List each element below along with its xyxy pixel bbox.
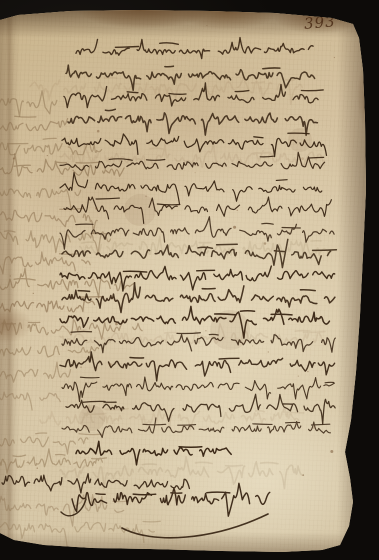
foxing-speckle	[302, 474, 304, 476]
foxing-speckle	[10, 275, 11, 276]
foxing-speckle	[97, 130, 100, 133]
verso-showthrough-line	[0, 392, 60, 410]
foxing-speckle	[307, 371, 308, 372]
signature-flourish	[122, 514, 268, 538]
verso-showthrough-line	[0, 209, 97, 234]
foxing-speckle	[195, 172, 196, 173]
foxing-speckle	[77, 272, 78, 273]
foxing-speckle	[334, 57, 335, 58]
body-text-line	[64, 197, 331, 223]
verso-showthrough-line	[0, 116, 68, 130]
soft-stain	[210, 310, 250, 350]
foxing-speckle	[233, 226, 236, 229]
foxing-speckle	[80, 367, 81, 368]
foxing-speckle	[264, 242, 267, 245]
verso-showthrough-line	[0, 346, 99, 357]
foxing-speckle	[310, 103, 311, 104]
body-text-line	[76, 38, 313, 59]
verso-showthrough-line	[60, 457, 303, 489]
verso-showthrough-line	[0, 495, 127, 526]
foxing-speckle	[37, 467, 39, 469]
body-text-line	[62, 377, 335, 401]
body-text-line	[62, 283, 335, 313]
soft-stain	[124, 194, 156, 226]
foxing-speckle	[330, 450, 333, 453]
verso-showthrough-line	[0, 268, 135, 298]
foxing-speckle	[205, 330, 206, 331]
foxing-speckle	[140, 43, 141, 44]
foxing-speckle	[298, 375, 299, 376]
foxing-speckle	[115, 323, 118, 326]
signature	[72, 483, 270, 516]
foxing-speckle	[237, 210, 238, 211]
foxing-speckle	[47, 155, 48, 156]
verso-showthrough-line	[30, 78, 302, 104]
verso-showthrough-line	[60, 143, 323, 167]
foxing-speckle	[95, 207, 97, 209]
soft-stain	[79, 405, 105, 431]
verso-showthrough-line	[0, 189, 81, 211]
foxing-speckle	[116, 205, 118, 207]
body-text-line	[60, 352, 335, 381]
body-text-line	[62, 133, 327, 156]
foxing-speckle	[109, 363, 112, 366]
verso-showthrough-line	[0, 138, 102, 154]
foxing-speckle	[206, 25, 207, 26]
manuscript-page: 393	[0, 0, 379, 560]
verso-showthrough-line	[0, 433, 102, 454]
verso-showthrough-line	[0, 449, 107, 473]
foxing-speckle	[252, 345, 253, 346]
foxing-speckle	[301, 157, 304, 160]
verso-showthrough-line	[0, 252, 90, 274]
foxing-speckle	[13, 157, 15, 159]
foxing-speckle	[313, 426, 316, 429]
handwriting-layer	[0, 0, 379, 560]
body-text-line	[64, 83, 323, 108]
body-text-line	[66, 65, 315, 90]
soft-stain	[288, 128, 312, 152]
foxing-speckle	[33, 293, 34, 294]
foxing-speckle	[268, 351, 269, 352]
body-text-line	[68, 109, 317, 135]
body-text-line	[76, 441, 231, 465]
